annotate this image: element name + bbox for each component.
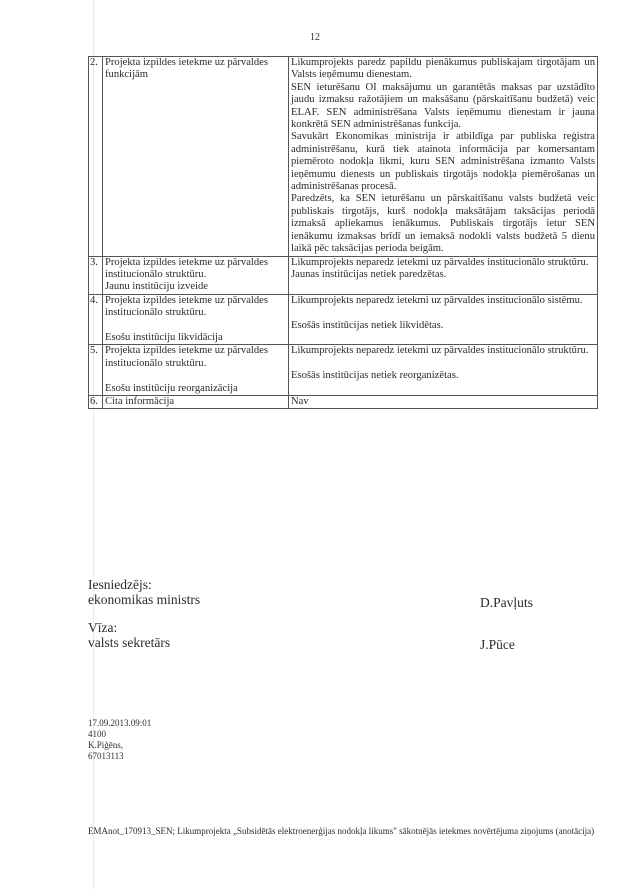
row-content: Likumprojekts neparedz ietekmi uz pārval… xyxy=(289,294,598,345)
row-content: Nav xyxy=(289,395,598,408)
table-row: 2. Projekta izpildes ietekme uz pārvalde… xyxy=(89,57,598,257)
meta-word-count: 4100 xyxy=(88,729,151,740)
visa-name: J.Pūce xyxy=(480,637,515,652)
visa-role: valsts sekretārs xyxy=(88,635,170,650)
row-number: 2. xyxy=(89,57,103,257)
table-row: 3. Projekta izpildes ietekme uz pārvalde… xyxy=(89,256,598,294)
row-label: Projekta izpildes ietekme uz pārvaldes i… xyxy=(103,256,289,294)
row-number: 6. xyxy=(89,395,103,408)
submitter-heading: Iesniedzējs: xyxy=(88,577,152,592)
row-number: 5. xyxy=(89,345,103,396)
row-label: Projekta izpildes ietekme uz pārvaldes i… xyxy=(103,345,289,396)
row-label: Projekta izpildes ietekme uz pārvaldes f… xyxy=(103,57,289,257)
meta-author: K.Piģēns, xyxy=(88,740,151,751)
page-number: 12 xyxy=(0,32,630,43)
row-number: 3. xyxy=(89,256,103,294)
submitter-name: D.Pavļuts xyxy=(480,595,533,610)
table-row: 4. Projekta izpildes ietekme uz pārvalde… xyxy=(89,294,598,345)
annotation-table: 2. Projekta izpildes ietekme uz pārvalde… xyxy=(88,56,598,409)
row-label: Projekta izpildes ietekme uz pārvaldes i… xyxy=(103,294,289,345)
meta-timestamp: 17.09.2013.09:01 xyxy=(88,718,151,729)
table-row: 6. Cita informācija Nav xyxy=(89,395,598,408)
row-content: Likumprojekts neparedz ietekmi uz pārval… xyxy=(289,256,598,294)
table-row: 5. Projekta izpildes ietekme uz pārvalde… xyxy=(89,345,598,396)
submitter-role: ekonomikas ministrs xyxy=(88,592,200,607)
document-meta: 17.09.2013.09:01 4100 K.Piģēns, 67013113 xyxy=(88,718,151,762)
row-label: Cita informācija xyxy=(103,395,289,408)
row-content: Likumprojekts paredz papildu pienākumus … xyxy=(289,57,598,257)
visa-heading: Vīza: xyxy=(88,620,117,635)
row-content: Likumprojekts neparedz ietekmi uz pārval… xyxy=(289,345,598,396)
meta-phone: 67013113 xyxy=(88,751,151,762)
row-number: 4. xyxy=(89,294,103,345)
document-footer: EMAnot_170913_SEN; Likumprojekta „Subsid… xyxy=(88,826,608,837)
